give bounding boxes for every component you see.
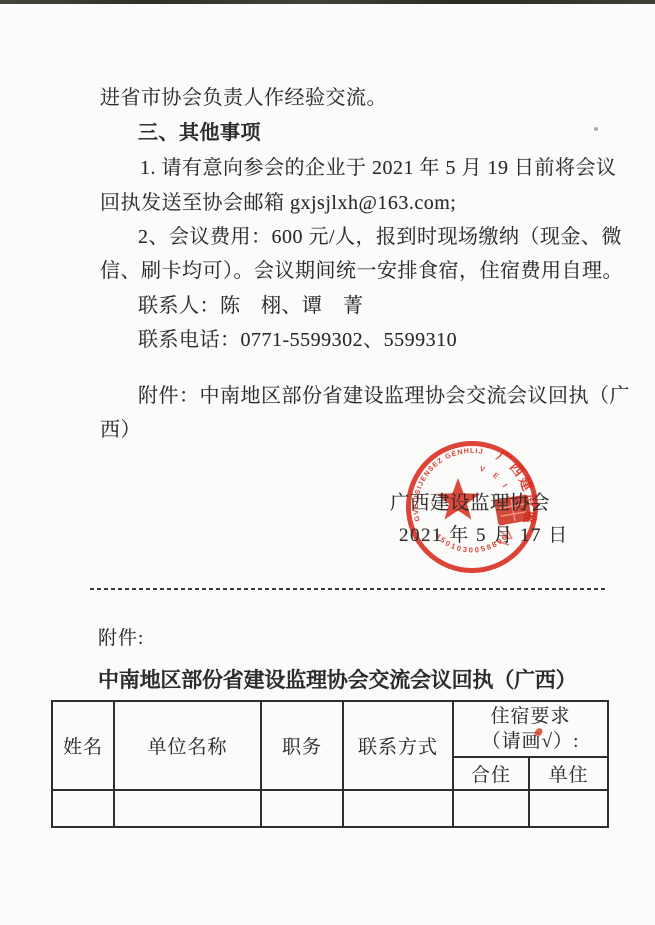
- attachment-ref-line1: 附件：中南地区部份省建设监理协会交流会议回执（广: [138, 384, 630, 408]
- header-row-1: 姓名 单位名称 职务 联系方式 住宿要求 （请画√）:: [52, 701, 608, 757]
- signature-date: 2021 年 5 月 17 日: [399, 520, 569, 547]
- cell-name-empty: [52, 790, 114, 827]
- cell-contact-empty: [343, 790, 453, 827]
- section-heading: 三、其他事项: [138, 121, 261, 145]
- attachment-ref-line2: 西）: [100, 418, 141, 442]
- attachment-label: 附件:: [98, 623, 144, 650]
- col-header-contact: 联系方式: [343, 701, 453, 790]
- cell-unit-empty: [114, 790, 261, 827]
- item1-line2: 回执发送至协会邮箱 gxjsjlxh@163.com;: [100, 191, 456, 215]
- scan-speck: [594, 127, 598, 131]
- contact-person-line: 联系人：陈 栩、谭 菁: [138, 294, 364, 318]
- col-header-position: 职务: [261, 701, 343, 790]
- contact-phone-line: 联系电话：0771-5599302、5599310: [138, 328, 457, 352]
- item2-line1: 2、会议费用：600 元/人，报到时现场缴纳（现金、微: [138, 225, 622, 249]
- cell-single-empty: [529, 790, 608, 827]
- lodging-header-line1: 住宿要求: [454, 704, 607, 729]
- scan-edge-artifact: [0, 0, 655, 4]
- col-header-name: 姓名: [52, 701, 114, 790]
- reply-form-table: 姓名 单位名称 职务 联系方式 住宿要求 （请画√）: 合住 单住: [51, 700, 609, 828]
- cell-position-empty: [261, 790, 343, 827]
- lodging-header-line2: （请画√）:: [454, 729, 607, 754]
- col-header-lodging: 住宿要求 （请画√）:: [453, 701, 608, 757]
- paragraph-line-1: 进省市协会负责人作经验交流。: [100, 86, 387, 110]
- scanned-document-page: 进省市协会负责人作经验交流。 三、其他事项 1. 请有意向参会的企业于 2021…: [0, 0, 655, 925]
- attachment-title: 中南地区部份省建设监理协会交流会议回执（广西）: [98, 664, 578, 694]
- col-header-shared: 合住: [453, 757, 529, 790]
- item1-line1: 1. 请有意向参会的企业于 2021 年 5 月 19 日前将会议: [140, 156, 617, 180]
- signature-org: 广西建设监理协会: [390, 487, 550, 515]
- item2-line2: 信、刷卡均可）。会议期间统一安排食宿，住宿费用自理。: [100, 259, 623, 283]
- col-header-unit: 单位名称: [114, 701, 261, 790]
- table-row-empty: [52, 790, 608, 827]
- cell-shared-empty: [453, 790, 529, 827]
- col-header-single: 单住: [529, 757, 608, 790]
- dashed-divider-line: [90, 588, 608, 590]
